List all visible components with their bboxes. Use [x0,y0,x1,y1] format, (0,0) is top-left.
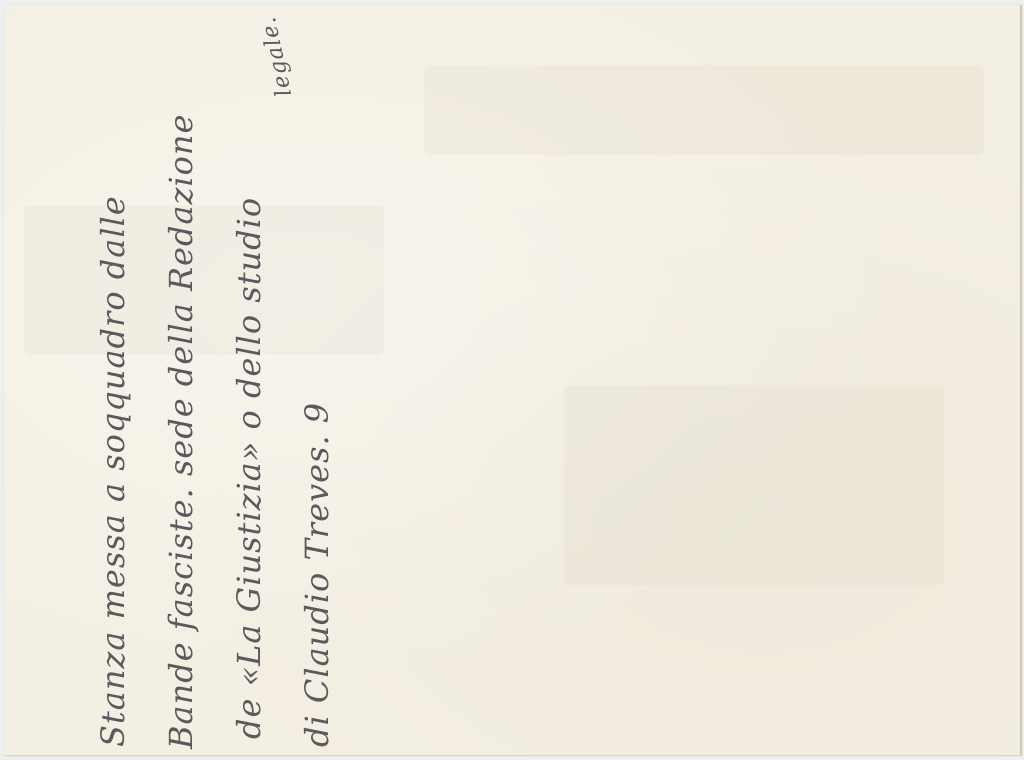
show-through-mark [424,65,984,155]
handwritten-caption: Stanza messa a soqquadro dalle Bande fas… [94,0,414,757]
caption-line-1: Stanza messa a soqquadro dalle [94,195,132,747]
show-through-mark [564,385,944,585]
caption-line-2: Bande fasciste. sede della Redazione [162,114,200,749]
caption-addendum: legale. [256,14,297,99]
caption-line-3: de «La Giustizia» o dello studio [230,197,268,739]
caption-line-4: di Claudio Treves. 9 [298,402,336,747]
photo-back-sheet: Stanza messa a soqquadro dalle Bande fas… [4,5,1022,756]
